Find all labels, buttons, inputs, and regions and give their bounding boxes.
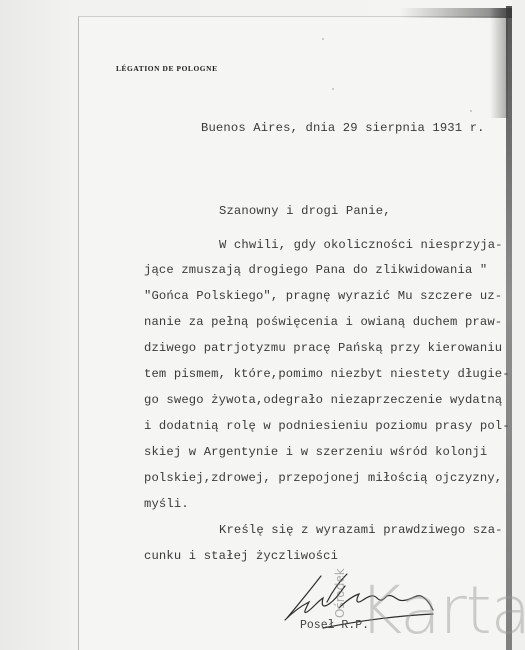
letter-text: Buenos Aires, dnia 29 sierpnia 1931 r. S…: [0, 0, 15, 252]
body-line: polskiej,zdrowej, przepojonej miłością o…: [144, 471, 502, 485]
paper-speck: [322, 38, 324, 40]
letterhead: LÉGATION DE POLOGNE: [116, 64, 218, 73]
body-line: go swego żywota,odegrało niezaprzeczenie…: [144, 393, 502, 407]
paper-speck: [470, 110, 472, 112]
body-line: dziwego patrjotyzmu pracę Pańską przy ki…: [144, 341, 502, 355]
watermark-vertical-text: Ośrodek: [333, 568, 347, 618]
body-line: W chwili, gdy okoliczności niesprzyja-: [219, 238, 503, 252]
watermark-karta: Karta: [359, 578, 525, 644]
body-line: "Gońca Polskiego", pragnę wyrazić Mu szc…: [144, 289, 502, 303]
closing-line: cunku i stałej życzliwości: [144, 549, 338, 563]
body-line: myśli.: [144, 497, 189, 511]
paper-speck: [332, 88, 334, 90]
body-line: jące zmuszają drogiego Pana do zlikwidow…: [144, 263, 487, 277]
date-line: Buenos Aires, dnia 29 sierpnia 1931 r.: [201, 121, 485, 135]
salutation: Szanowny i drogi Panie,: [219, 204, 391, 218]
body-line: i dodatnią rolę w podniesieniu poziomu p…: [144, 419, 510, 433]
closing-line: Kreślę się z wyrazami prawdziwego sza-: [219, 523, 503, 537]
body-line: nanie za pełną poświęcenia i owianą duch…: [144, 315, 502, 329]
body-line: skiej w Argentynie i w szerzeniu wśród k…: [144, 445, 487, 459]
body-line: tem pismem, które,pomimo niezbyt niestet…: [144, 367, 510, 381]
scan-margin-right: [512, 0, 525, 650]
